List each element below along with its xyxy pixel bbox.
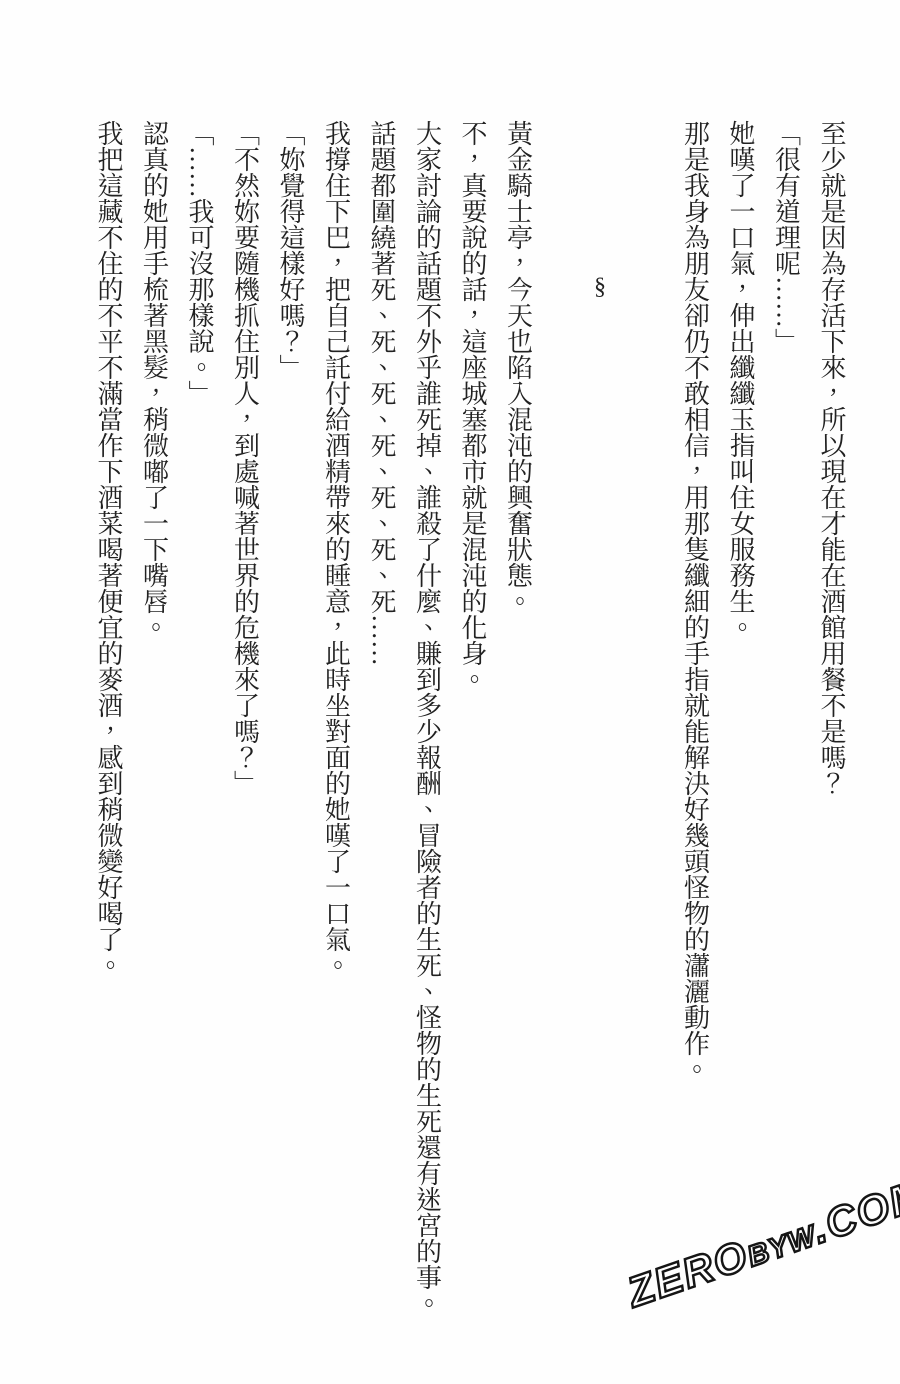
novel-page: { "document": { "language": "zh-Hant", "… <box>0 0 900 1384</box>
paragraph-12-dialogue: 「……我可沒那樣說。」 <box>177 94 223 1329</box>
paragraph-1: 至少就是因為存活下來，所以現在才能在酒館用餐不是嗎？ <box>809 94 855 1329</box>
paragraph-8: 話題都圍繞著死、死、死、死、死、死、死…… <box>359 94 405 1329</box>
paragraph-11-dialogue: 「不然妳要隨機抓住別人，到處喊著世界的危機來了嗎？」 <box>222 94 268 1329</box>
section-break-mark: § <box>577 94 623 1329</box>
paragraph-9: 我撐住下巴，把自己託付給酒精帶來的睡意，此時坐對面的她嘆了一口氣。 <box>313 94 359 1329</box>
paragraph-3: 她嘆了一口氣，伸出纖纖玉指叫住女服務生。 <box>718 94 764 1329</box>
vertical-text-area: 至少就是因為存活下來，所以現在才能在酒館用餐不是嗎？ 「很有道理呢……」 她嘆了… <box>86 94 855 1329</box>
paragraph-2-dialogue: 「很有道理呢……」 <box>763 94 809 1329</box>
paragraph-14: 我把這藏不住的不平不滿當作下酒菜喝著便宜的麥酒，感到稍微變好喝了。 <box>86 94 132 1329</box>
paragraph-6: 不，真要說的話，這座城塞都市就是混沌的化身。 <box>450 94 496 1329</box>
paragraph-10-dialogue: 「妳覺得這樣好嗎？」 <box>268 94 314 1329</box>
paragraph-13: 認真的她用手梳著黑髮，稍微嘟了一下嘴唇。 <box>131 94 177 1329</box>
paragraph-5: 黃金騎士亭，今天也陷入混沌的興奮狀態。 <box>495 94 541 1329</box>
paragraph-4: 那是我身為朋友卻仍不敢相信，用那隻纖細的手指就能解決好幾頭怪物的瀟灑動作。 <box>672 94 718 1329</box>
paragraph-7: 大家討論的話題不外乎誰死掉、誰殺了什麼、賺到多少報酬、冒險者的生死、怪物的生死還… <box>404 94 450 1329</box>
